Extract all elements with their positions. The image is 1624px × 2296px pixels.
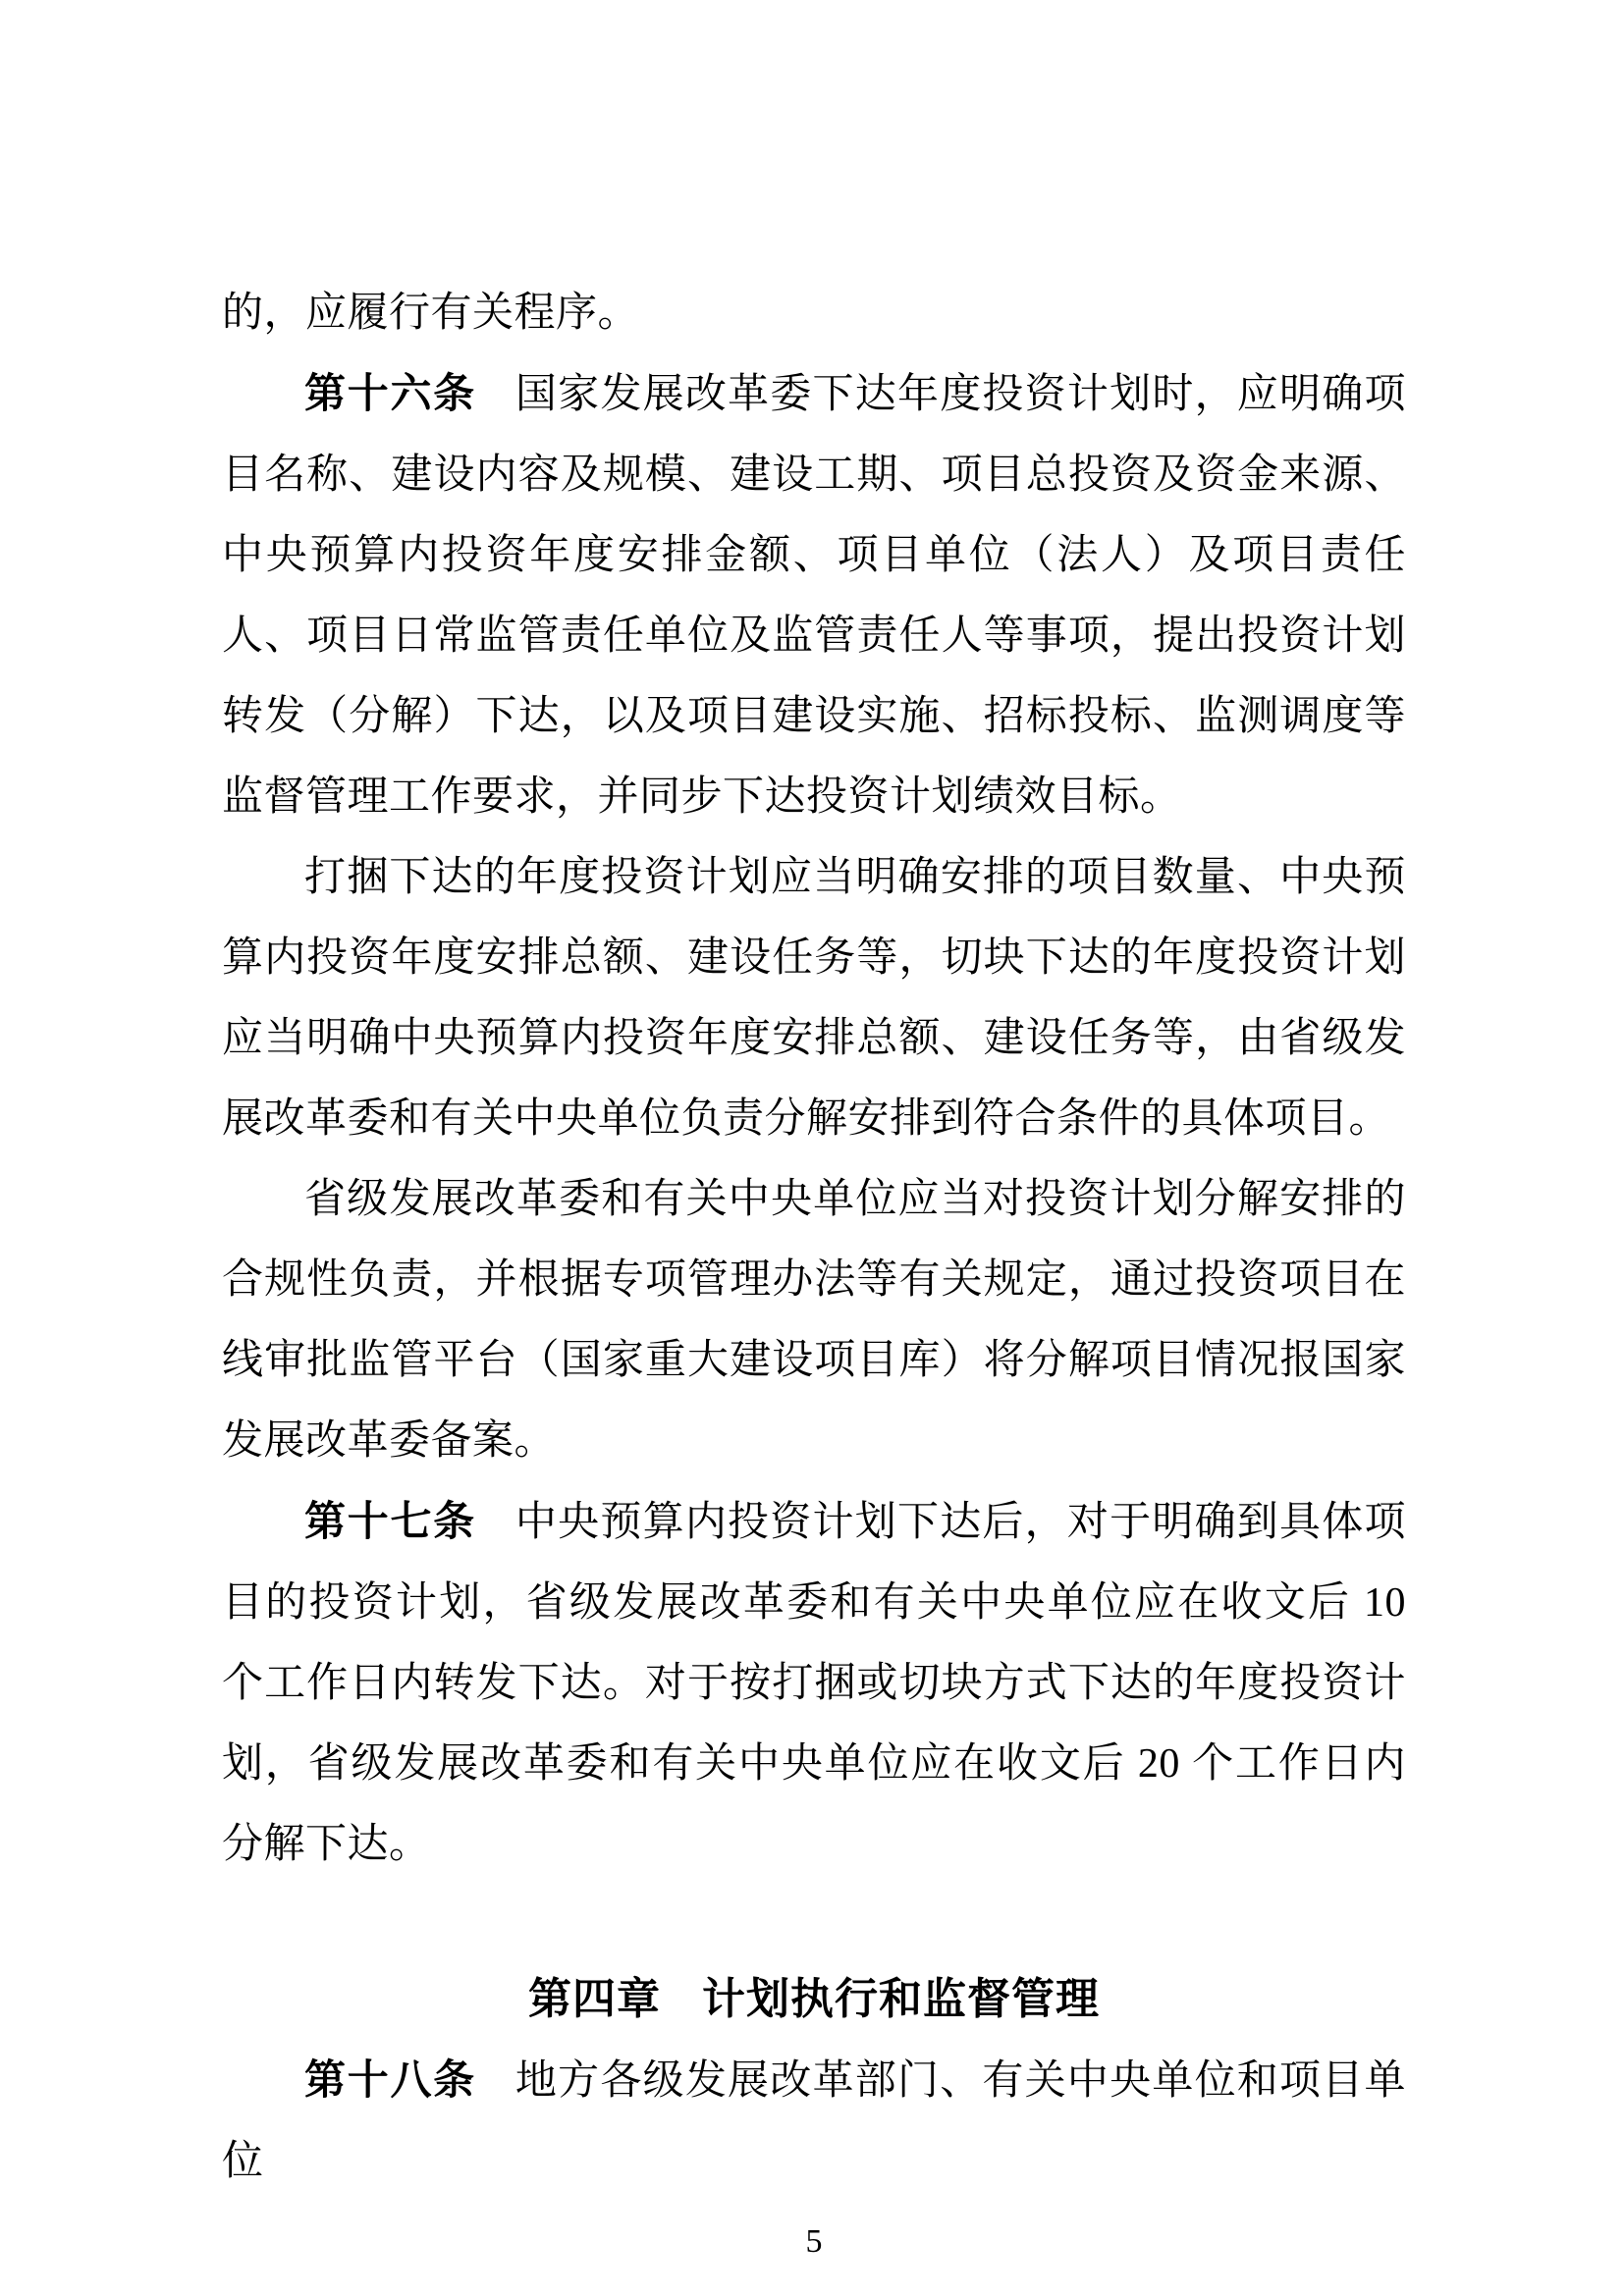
paragraph-provincial-duty: 省级发展改革委和有关中央单位应当对投资计划分解安排的合规性负责，并根据专项管理办… — [222, 1159, 1406, 1481]
paragraph-text: 的，应履行有关程序。 — [222, 291, 639, 336]
document-body: 的，应履行有关程序。 第十六条国家发展改革委下达年度投资计划时，应明确项目名称、… — [222, 273, 1406, 2262]
chapter-number: 第四章 — [528, 1975, 661, 2023]
paragraph-article-18: 第十八条地方各级发展改革部门、有关中央单位和项目单位 — [222, 2040, 1406, 2202]
paragraph-continuation: 的，应履行有关程序。 — [222, 273, 1406, 353]
chapter-title: 计划执行和监督管理 — [702, 1975, 1100, 2023]
article-18-label: 第十八条 — [304, 2056, 476, 2103]
article-16-label: 第十六条 — [304, 370, 476, 416]
paragraph-text: 省级发展改革委和有关中央单位应当对投资计划分解安排的合规性负责，并根据专项管理办… — [222, 1177, 1406, 1464]
paragraph-article-16: 第十六条国家发展改革委下达年度投资计划时，应明确项目名称、建设内容及规模、建设工… — [222, 353, 1406, 837]
paragraph-bundled-plan: 打捆下达的年度投资计划应当明确安排的项目数量、中央预算内投资年度安排总额、建设任… — [222, 837, 1406, 1159]
page-number: 5 — [222, 2222, 1406, 2262]
paragraph-text: 国家发展改革委下达年度投资计划时，应明确项目名称、建设内容及规模、建设工期、项目… — [222, 372, 1406, 820]
paragraph-article-17: 第十七条中央预算内投资计划下达后，对于明确到具体项目的投资计划，省级发展改革委和… — [222, 1481, 1406, 1885]
article-17-label: 第十七条 — [304, 1498, 476, 1544]
paragraph-text: 打捆下达的年度投资计划应当明确安排的项目数量、中央预算内投资年度安排总额、建设任… — [222, 855, 1406, 1142]
chapter-heading: 第四章计划执行和监督管理 — [222, 1959, 1406, 2040]
document-page: 的，应履行有关程序。 第十六条国家发展改革委下达年度投资计划时，应明确项目名称、… — [0, 0, 1624, 2296]
paragraph-text: 中央预算内投资计划下达后，对于明确到具体项目的投资计划，省级发展改革委和有关中央… — [222, 1500, 1406, 1867]
